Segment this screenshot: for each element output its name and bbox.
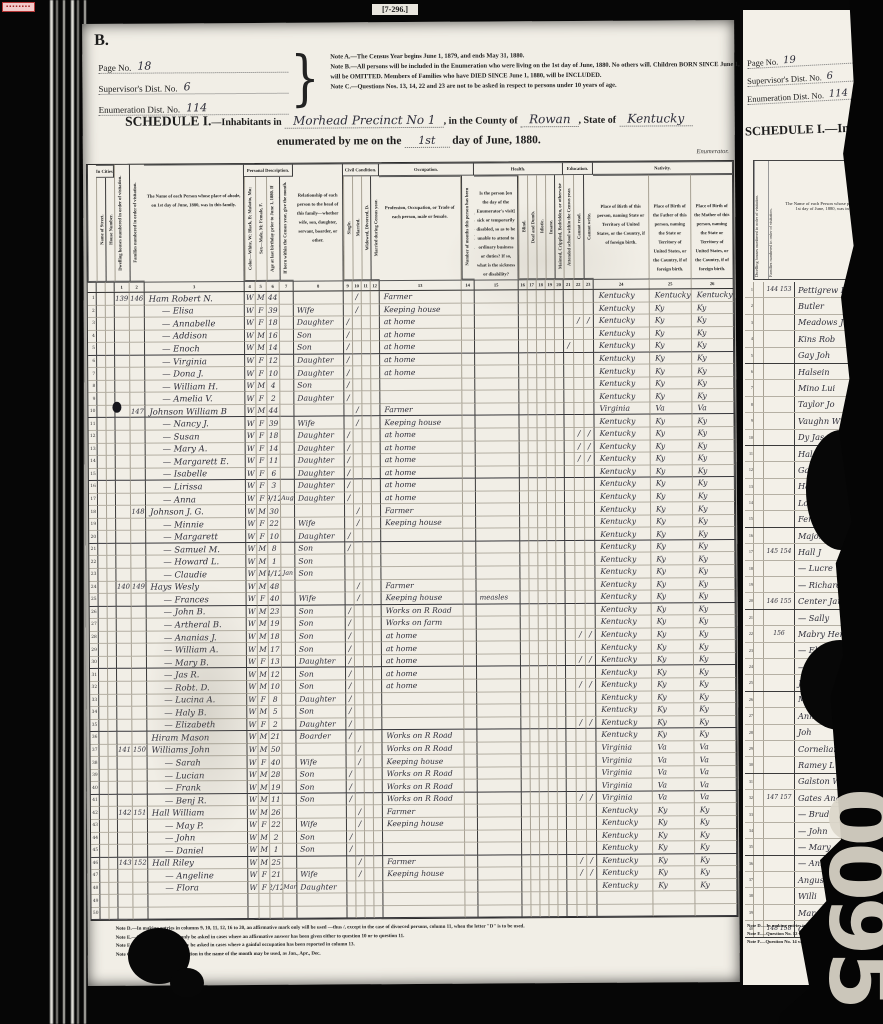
cell-r: Son bbox=[295, 567, 345, 580]
cell-st bbox=[98, 544, 107, 557]
cell-c11 bbox=[364, 693, 373, 706]
cell-c23: / bbox=[586, 654, 596, 667]
cell-c10: / bbox=[355, 743, 364, 756]
cell-n: — Artheral B. bbox=[147, 618, 247, 631]
cell-s: F bbox=[257, 455, 268, 468]
cell-bp bbox=[597, 904, 653, 917]
cell-c12 bbox=[373, 642, 382, 655]
cell-mo bbox=[283, 906, 297, 919]
cell-s: F bbox=[256, 392, 267, 405]
cell-c22 bbox=[576, 729, 586, 742]
cell-f bbox=[131, 531, 146, 544]
supervisor-label: Supervisor's Dist. No. bbox=[98, 83, 177, 93]
cell-mb: Ky bbox=[692, 389, 734, 402]
cell-sk bbox=[477, 604, 521, 617]
cell-c19 bbox=[547, 516, 556, 529]
cell-c11 bbox=[364, 743, 373, 756]
cell-f bbox=[131, 556, 146, 569]
cell-c18 bbox=[537, 328, 546, 341]
cell-sk bbox=[476, 453, 520, 466]
cell-c10 bbox=[354, 429, 363, 442]
cell-c23 bbox=[584, 328, 594, 341]
cell-c9: / bbox=[346, 693, 355, 706]
cell-dwelling-family: 146 155 bbox=[764, 593, 795, 608]
cell-c17 bbox=[528, 403, 537, 416]
cell-s: F bbox=[256, 355, 267, 368]
cell-sk bbox=[475, 315, 519, 328]
cell-f bbox=[131, 468, 146, 481]
cell-c16 bbox=[519, 416, 528, 429]
cell-n: — John bbox=[148, 832, 248, 845]
cell-mo bbox=[280, 304, 294, 317]
cell-sk bbox=[477, 617, 521, 630]
cell-line-number: 17 bbox=[745, 544, 754, 559]
cell-c11 bbox=[365, 781, 374, 794]
cell-fb: Va bbox=[652, 741, 694, 754]
cell-st bbox=[97, 318, 106, 331]
cell-blank bbox=[754, 774, 764, 789]
column-number-st bbox=[97, 282, 106, 292]
cell-sk bbox=[475, 391, 519, 404]
cell-c17 bbox=[528, 340, 537, 353]
cell-ln: 28 bbox=[90, 632, 99, 645]
cell-c11 bbox=[362, 392, 371, 405]
cell-o bbox=[383, 880, 465, 893]
cell-s: M bbox=[257, 580, 268, 593]
column-number-c11: 11 bbox=[362, 280, 371, 290]
cell-bp: Kentucky bbox=[597, 867, 653, 880]
cell-d bbox=[117, 619, 132, 632]
cell-c20 bbox=[556, 528, 565, 541]
cell-c12 bbox=[371, 316, 380, 329]
cell-fb: Ky bbox=[650, 365, 692, 378]
cell-a: 3 bbox=[268, 480, 281, 493]
cell-dwelling-family bbox=[764, 807, 795, 822]
cell-c20 bbox=[556, 516, 565, 529]
cell-n: — Flora bbox=[148, 882, 248, 895]
cell-c21 bbox=[565, 553, 575, 566]
cell-ln: 8 bbox=[88, 381, 97, 394]
cell-c12 bbox=[373, 668, 382, 681]
cell-mo bbox=[282, 731, 296, 744]
cell-bp: Kentucky bbox=[596, 603, 652, 616]
cell-line-number: 37 bbox=[745, 872, 754, 887]
cell-c9: / bbox=[347, 831, 356, 844]
cell-d bbox=[118, 795, 133, 808]
cell-bp: Kentucky bbox=[595, 553, 651, 566]
cell-mb: Ky bbox=[694, 628, 736, 641]
cell-c17 bbox=[531, 805, 540, 818]
cell-c22 bbox=[575, 579, 585, 592]
cell-c21 bbox=[567, 842, 577, 855]
cell-s: F bbox=[256, 417, 267, 430]
cell-c11 bbox=[363, 429, 372, 442]
cell-c14 bbox=[464, 592, 477, 605]
cell-ho bbox=[108, 694, 117, 707]
cell-c19 bbox=[547, 529, 556, 542]
cell-ln: 27 bbox=[90, 619, 99, 632]
cell-c9 bbox=[347, 881, 356, 894]
cell-c22 bbox=[575, 516, 585, 529]
cell-c20 bbox=[557, 666, 566, 679]
cell-ln: 30 bbox=[90, 657, 99, 670]
cell-c9: / bbox=[347, 768, 356, 781]
cell-c11 bbox=[362, 354, 371, 367]
cell-st bbox=[97, 331, 106, 344]
cell-c23 bbox=[587, 804, 597, 817]
cell-f bbox=[130, 368, 145, 381]
cell-sk bbox=[476, 554, 520, 567]
cell-c21 bbox=[564, 328, 574, 341]
cell-r: Son bbox=[297, 843, 347, 856]
cell-s: F bbox=[257, 468, 268, 481]
cell-c23: / bbox=[585, 428, 595, 441]
cell-c: W bbox=[245, 304, 256, 317]
cell-c18 bbox=[540, 792, 549, 805]
cell-c11 bbox=[363, 555, 372, 568]
cell-fb: Ky bbox=[650, 302, 692, 315]
cell-c11 bbox=[365, 806, 374, 819]
cell-c21 bbox=[567, 792, 577, 805]
cell-d bbox=[115, 305, 130, 318]
cell-s: M bbox=[258, 668, 269, 681]
cell-mo bbox=[283, 794, 297, 807]
cell-c11 bbox=[365, 881, 374, 894]
cell-fb: Ky bbox=[650, 352, 692, 365]
cell-mb: Ky bbox=[692, 327, 734, 340]
cell-blank bbox=[754, 905, 764, 920]
cell-c9: / bbox=[344, 316, 353, 329]
cell-c20 bbox=[555, 315, 564, 328]
cell-a: 12 bbox=[269, 668, 282, 681]
cell-c20 bbox=[556, 579, 565, 592]
cell-fb: Ky bbox=[653, 879, 695, 892]
cell-f bbox=[131, 493, 146, 506]
cell-c23 bbox=[585, 466, 595, 479]
cell-fb: Ky bbox=[651, 503, 693, 516]
cell-c22 bbox=[577, 892, 587, 905]
cell-n bbox=[148, 907, 248, 920]
cell-c19 bbox=[548, 591, 557, 604]
cell-c10 bbox=[356, 906, 365, 919]
cell-line-number: 1 bbox=[745, 282, 754, 297]
cell-c16 bbox=[519, 353, 528, 366]
cell-ho bbox=[108, 657, 117, 670]
cell-mb: Ky bbox=[693, 515, 735, 528]
cell-ln: 26 bbox=[90, 607, 99, 620]
cell-c11 bbox=[363, 567, 372, 580]
cell-ho bbox=[107, 431, 116, 444]
cell-fb: Ky bbox=[652, 716, 694, 729]
cell-c10 bbox=[355, 643, 364, 656]
cell-bp: Virginia bbox=[597, 766, 653, 779]
cell-blank bbox=[754, 446, 764, 461]
cell-ln: 50 bbox=[91, 908, 100, 921]
cell-f bbox=[131, 443, 146, 456]
cell-n: — Elisa bbox=[145, 305, 245, 318]
cell-fb: Ky bbox=[652, 590, 694, 603]
cell-d bbox=[116, 431, 131, 444]
cell-mb: Ky bbox=[694, 691, 736, 704]
cell-r: Daughter bbox=[295, 530, 345, 543]
cell-s: F bbox=[257, 480, 268, 493]
cell-c23 bbox=[587, 892, 597, 905]
cell-c: W bbox=[248, 806, 259, 819]
column-number-mb: 26 bbox=[692, 278, 734, 288]
cell-blank bbox=[754, 823, 764, 838]
cell-bp: Kentucky bbox=[597, 842, 653, 855]
column-number-mo: 7 bbox=[280, 281, 294, 291]
cell-blank bbox=[754, 839, 764, 854]
cell-fb: Ky bbox=[651, 540, 693, 553]
cell-c12 bbox=[371, 329, 380, 342]
cell-sk bbox=[476, 491, 520, 504]
cell-c10 bbox=[355, 668, 364, 681]
cell-dwelling-family bbox=[764, 692, 795, 707]
cell-line-number: 31 bbox=[745, 774, 754, 789]
cell-c9: / bbox=[347, 843, 356, 856]
cell-sk bbox=[477, 642, 521, 655]
cell-c23 bbox=[587, 842, 597, 855]
cell-c21 bbox=[565, 503, 575, 516]
cell-a: 10 bbox=[269, 681, 282, 694]
cell-mo bbox=[283, 831, 297, 844]
cell-d bbox=[117, 657, 132, 670]
cell-c9 bbox=[345, 555, 354, 568]
cell-fb: Ky bbox=[652, 615, 694, 628]
cell-c22: / bbox=[574, 315, 584, 328]
cell-c16 bbox=[522, 893, 531, 906]
cell-n: — Anna bbox=[146, 493, 246, 506]
column-number-bp: 24 bbox=[594, 279, 650, 289]
cell-mo bbox=[280, 367, 294, 380]
cell-n: — Angeline bbox=[148, 869, 248, 882]
cell-ln: 17 bbox=[89, 494, 98, 507]
cell-mo: Aug bbox=[281, 492, 295, 505]
cell-fb: Ky bbox=[653, 829, 695, 842]
cell-c9: / bbox=[346, 668, 355, 681]
cell-r: Son bbox=[296, 605, 346, 618]
cell-mo bbox=[282, 643, 296, 656]
cell-n: Hall Riley bbox=[148, 857, 248, 870]
cell-c12 bbox=[373, 743, 382, 756]
cell-c: W bbox=[246, 430, 257, 443]
cell-blank bbox=[754, 544, 764, 559]
cell-mb: Ky bbox=[695, 841, 737, 854]
cell-c17 bbox=[531, 754, 540, 767]
cell-s: F bbox=[257, 518, 268, 531]
cell-blank bbox=[754, 462, 764, 477]
cell-s: F bbox=[256, 367, 267, 380]
cell-sk bbox=[475, 303, 519, 316]
cell-n: Hall William bbox=[148, 806, 248, 819]
cell-ho bbox=[108, 644, 117, 657]
cell-o bbox=[380, 391, 462, 404]
cell-line-number: 16 bbox=[745, 528, 754, 543]
cell-ho bbox=[108, 632, 117, 645]
cell-c23 bbox=[587, 905, 597, 918]
cell-c: W bbox=[246, 468, 257, 481]
cell-sk bbox=[478, 817, 522, 830]
cell-sk bbox=[478, 830, 522, 843]
cell-ho bbox=[109, 832, 118, 845]
cell-a: 40 bbox=[270, 756, 283, 769]
cell-line-number: 34 bbox=[745, 823, 754, 838]
column-number-c10: 10 bbox=[353, 280, 362, 290]
cell-f bbox=[133, 769, 148, 782]
cell-st bbox=[98, 494, 107, 507]
cell-c21 bbox=[567, 779, 577, 792]
cell-c18 bbox=[538, 541, 547, 554]
cell-c16 bbox=[520, 541, 529, 554]
cell-c11 bbox=[364, 730, 373, 743]
cell-c20 bbox=[557, 654, 566, 667]
cell-c9: / bbox=[345, 442, 354, 455]
cell-c11 bbox=[362, 304, 371, 317]
cell-n: — Daniel bbox=[148, 844, 248, 857]
cell-c16 bbox=[519, 328, 528, 341]
cell-c12 bbox=[372, 429, 381, 442]
cell-fb: Ky bbox=[653, 854, 695, 867]
cell-c20 bbox=[555, 390, 564, 403]
cell-c16 bbox=[521, 616, 530, 629]
cell-st bbox=[100, 870, 109, 883]
cell-bp: Virginia bbox=[597, 754, 653, 767]
cell-c11 bbox=[364, 655, 373, 668]
cell-c18 bbox=[540, 892, 549, 905]
cell-o bbox=[383, 905, 465, 918]
cell-c12 bbox=[374, 818, 383, 831]
cell-c20 bbox=[556, 566, 565, 579]
cell-o: at home bbox=[380, 353, 462, 366]
column-number-c21: 21 bbox=[564, 279, 574, 289]
cell-o bbox=[382, 705, 464, 718]
cell-c11 bbox=[364, 705, 373, 718]
cell-bp: Virginia bbox=[594, 402, 650, 415]
cell-c21 bbox=[565, 528, 575, 541]
cell-dwelling-family bbox=[764, 577, 795, 592]
cell-c12 bbox=[372, 467, 381, 480]
cell-c: W bbox=[247, 706, 258, 719]
cell-d bbox=[116, 544, 131, 557]
census-table: In Cities.Personal Description.Civil Con… bbox=[86, 160, 739, 921]
cell-c12 bbox=[374, 755, 383, 768]
cell-c20 bbox=[557, 616, 566, 629]
cell-c10 bbox=[354, 467, 363, 480]
cell-mb: Ky bbox=[694, 615, 736, 628]
column-label-d: Dwelling houses numbered in order of vis… bbox=[114, 165, 130, 282]
cell-c: W bbox=[248, 769, 259, 782]
cell-st bbox=[97, 343, 106, 356]
cell-blank bbox=[754, 593, 764, 608]
cell-c bbox=[248, 894, 259, 907]
cell-mb: Ky bbox=[693, 490, 735, 503]
cell-r: Son bbox=[297, 793, 347, 806]
cell-c22 bbox=[576, 616, 586, 629]
cell-c22 bbox=[575, 553, 585, 566]
cell-mb: Ky bbox=[694, 716, 736, 729]
cell-s: M bbox=[258, 706, 269, 719]
cell-c14 bbox=[465, 805, 478, 818]
cell-c9: / bbox=[346, 730, 355, 743]
cell-a: 5 bbox=[269, 706, 282, 719]
cell-c17 bbox=[530, 654, 539, 667]
cell-s: F bbox=[258, 718, 269, 731]
cell-c22 bbox=[575, 528, 585, 541]
cell-bp: Kentucky bbox=[595, 540, 651, 553]
cell-sk bbox=[477, 629, 521, 642]
cell-c10 bbox=[353, 392, 362, 405]
cell-c11 bbox=[363, 479, 372, 492]
cell-mb: Ky bbox=[693, 527, 735, 540]
cell-mb: Ky bbox=[692, 364, 734, 377]
cell-c17 bbox=[529, 504, 538, 517]
cell-dwelling-family: 156 bbox=[764, 626, 795, 641]
cell-c20 bbox=[558, 792, 567, 805]
cell-sk bbox=[475, 328, 519, 341]
cell-c22 bbox=[577, 905, 587, 918]
cell-c17 bbox=[528, 416, 537, 429]
cell-s: M bbox=[258, 731, 269, 744]
cell-c9 bbox=[347, 906, 356, 919]
cell-c23 bbox=[587, 829, 597, 842]
cell-bp: Kentucky bbox=[594, 340, 650, 353]
cell-c17 bbox=[530, 729, 539, 742]
cell-c18 bbox=[539, 616, 548, 629]
cell-d bbox=[117, 682, 132, 695]
cell-c12 bbox=[373, 617, 382, 630]
cell-c21 bbox=[566, 629, 576, 642]
cell-a: 16 bbox=[267, 329, 280, 342]
cell-s: M bbox=[258, 643, 269, 656]
cell-c9: / bbox=[345, 492, 354, 505]
cell-c23 bbox=[587, 767, 597, 780]
cell-a: 2 bbox=[270, 831, 283, 844]
column-number-ho bbox=[106, 282, 115, 292]
cell-sk bbox=[478, 805, 522, 818]
cell-s: F bbox=[259, 819, 270, 832]
cell-mo bbox=[281, 455, 295, 468]
cell-c11 bbox=[364, 643, 373, 656]
cell-bp: Kentucky bbox=[596, 616, 652, 629]
cell-fb: Ky bbox=[651, 565, 693, 578]
cell-r bbox=[294, 291, 344, 304]
cell-mo bbox=[280, 417, 294, 430]
cell-sk bbox=[478, 905, 522, 918]
cell-c19 bbox=[546, 378, 555, 391]
cell-bp: Kentucky bbox=[594, 302, 650, 315]
cell-c22 bbox=[577, 804, 587, 817]
cell-a: 2 bbox=[269, 718, 282, 731]
cell-c23: / bbox=[587, 792, 597, 805]
cell-d bbox=[118, 845, 133, 858]
cell-s: M bbox=[259, 806, 270, 819]
cell-c16 bbox=[520, 579, 529, 592]
cell-c21 bbox=[567, 867, 577, 880]
cell-c: W bbox=[246, 455, 257, 468]
cell-c18 bbox=[539, 717, 548, 730]
cell-mb: Va bbox=[692, 402, 734, 415]
cell-c10 bbox=[356, 831, 365, 844]
cell-c14 bbox=[465, 855, 478, 868]
cell-sk bbox=[478, 780, 522, 793]
cell-mb: Ky bbox=[693, 465, 735, 478]
cell-mb: Ky bbox=[694, 728, 736, 741]
cell-c9 bbox=[347, 806, 356, 819]
cell-mo bbox=[281, 467, 295, 480]
cell-a: 28 bbox=[270, 769, 283, 782]
cell-n: — Mary B. bbox=[147, 656, 247, 669]
